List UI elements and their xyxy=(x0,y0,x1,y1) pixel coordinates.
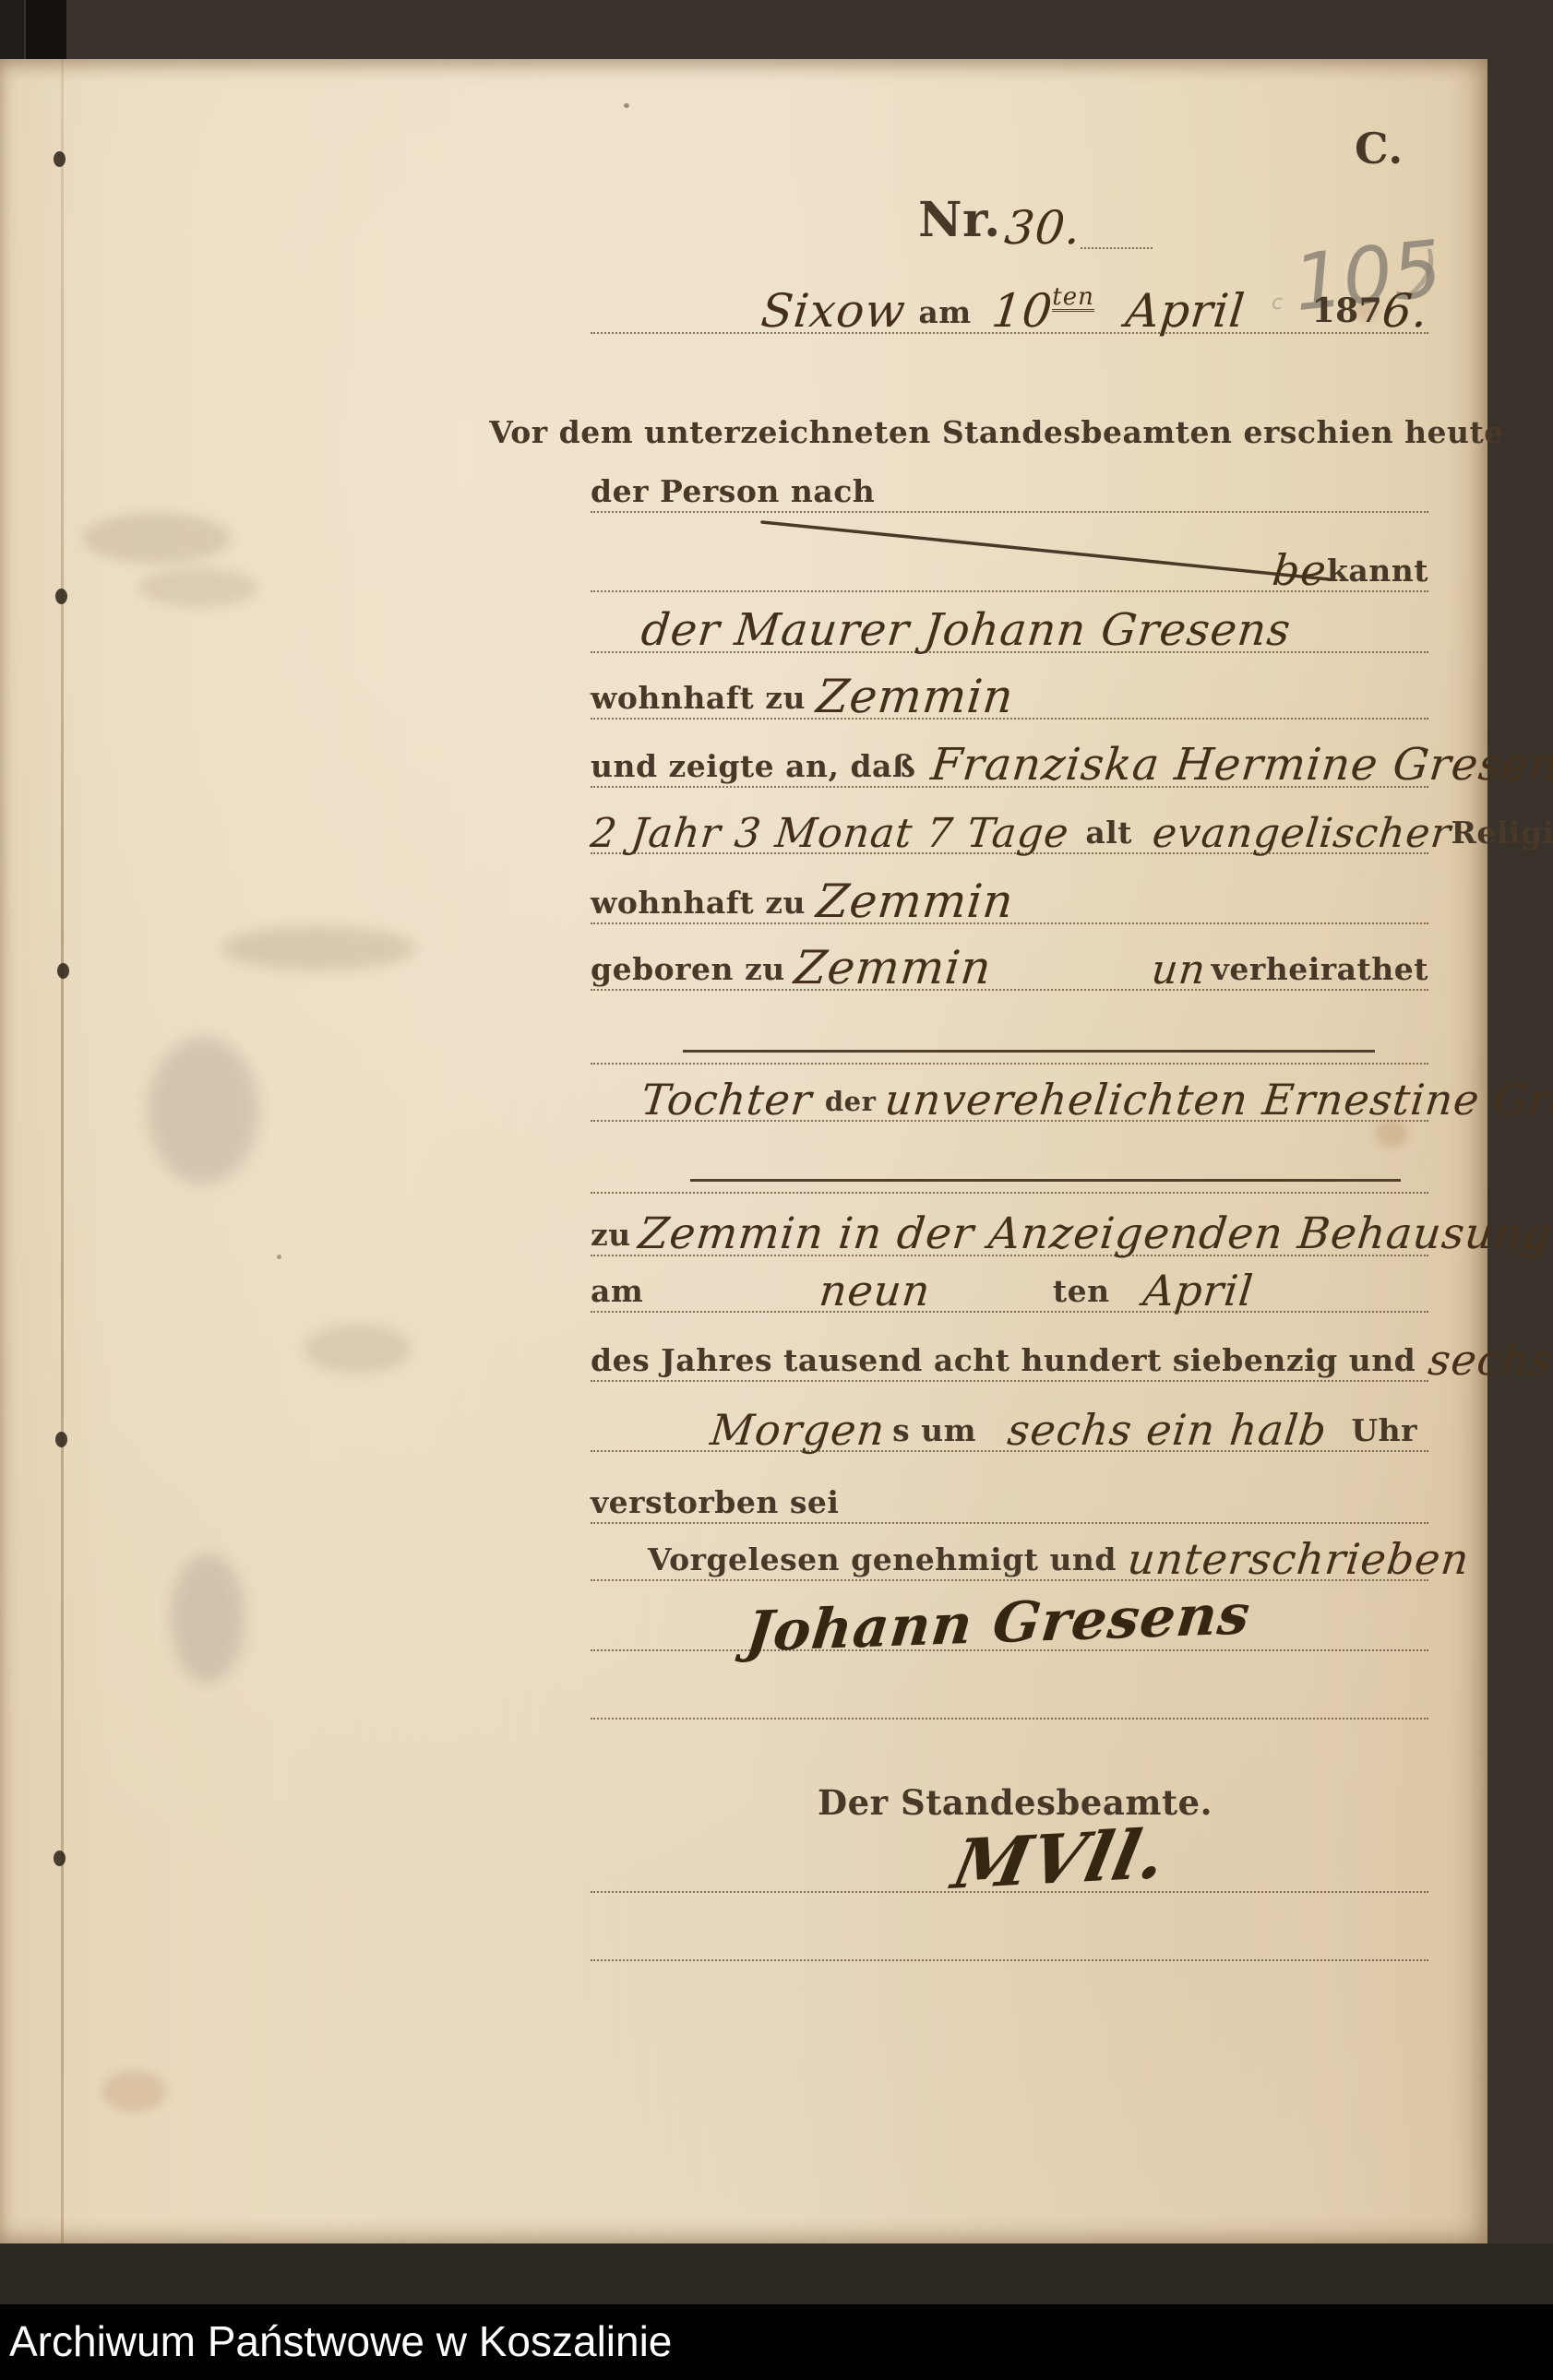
religion-written: evangelischer xyxy=(1151,816,1453,852)
intro-line: Vor dem unterzeichneten Standesbeamten e… xyxy=(646,399,1347,452)
residence-line-deceased: wohnhaft zu Zemmin xyxy=(591,867,1428,924)
declarant-line: der Maurer Johann Gresens xyxy=(591,596,1428,653)
separator-line xyxy=(683,1050,1375,1053)
scan-background: C. 105 ) c Nr. 30. Sixow am 10 ten April… xyxy=(0,0,1553,2380)
date-month: April xyxy=(1124,292,1248,333)
stain xyxy=(148,1037,258,1184)
tochter-written: Tochter xyxy=(639,1082,814,1120)
stain xyxy=(221,926,415,970)
stain xyxy=(138,568,258,607)
bekannt-line: be kannt xyxy=(591,535,1428,592)
date-year-printed: 187 xyxy=(1312,294,1383,332)
date-line: Sixow am 10 ten April 187 6. xyxy=(591,279,1428,334)
dotted-rule xyxy=(591,1190,1428,1194)
ten-label: ten xyxy=(1053,1276,1110,1311)
dotted-filler xyxy=(1081,192,1153,249)
wohnhaft-label: wohnhaft zu xyxy=(591,887,806,922)
binding-hole xyxy=(57,963,69,979)
year-words-written: sechs xyxy=(1427,1342,1553,1380)
vorgelesen-line: Vorgelesen genehmigt und unterschrieben xyxy=(591,1526,1428,1581)
wohnhaft-value: Zemmin xyxy=(815,677,1016,719)
geboren-value: Zemmin xyxy=(792,948,993,990)
scan-edge-notch xyxy=(26,0,66,66)
nr-value: 30. xyxy=(1002,208,1082,250)
declarant-signature: Johann Gresens xyxy=(744,1592,1252,1659)
binding-hole xyxy=(54,151,66,167)
death-month-written: April xyxy=(1141,1273,1254,1311)
deceased-name-written: Franziska Hermine Gresens xyxy=(928,746,1553,786)
declarant-signature-line: Johann Gresens xyxy=(591,1585,1428,1651)
bekannt-written: be xyxy=(1271,553,1329,590)
bekannt-label: kannt xyxy=(1327,555,1428,590)
vorgelesen-label: Vorgelesen genehmigt und xyxy=(648,1544,1117,1579)
paper-speck xyxy=(277,1255,281,1259)
birthplace-marital-line: geboren zu Zemmin un verheirathet xyxy=(591,934,1428,991)
marital-written: un xyxy=(1150,953,1208,989)
religion-label: Religion xyxy=(1451,817,1553,852)
binding-crease xyxy=(61,59,64,2243)
dotted-rule xyxy=(591,1716,1428,1720)
wohnhaft-label: wohnhaft zu xyxy=(591,683,806,718)
uhr-label: Uhr xyxy=(1351,1415,1417,1450)
stain xyxy=(171,1553,245,1683)
verstorben-label: verstorben sei xyxy=(591,1487,839,1522)
person-nach-label: der Person nach xyxy=(591,476,875,511)
mother-written: unverehelichten Ernestine Gresens xyxy=(883,1082,1553,1120)
binding-hole xyxy=(55,589,67,604)
binding-hole xyxy=(54,1850,66,1866)
residence-line-declarant: wohnhaft zu Zemmin xyxy=(591,662,1428,720)
archive-caption-bar: Archiwum Państwowe w Koszalinie xyxy=(0,2304,1553,2380)
declarant-written: der Maurer Johann Gresens xyxy=(639,612,1293,651)
date-day-suffix: ten xyxy=(1052,288,1094,312)
death-time-line: Morgen s um sechs ein halb Uhr xyxy=(591,1397,1428,1452)
binding-hole xyxy=(55,1432,67,1447)
scan-bottom-shadow xyxy=(0,2243,1553,2304)
stain xyxy=(83,513,231,564)
der-label: der xyxy=(825,1089,877,1120)
registrar-signature-line: MVll. xyxy=(591,1823,1428,1893)
date-day: 10 xyxy=(989,292,1054,333)
scan-edge-sliver xyxy=(0,0,24,61)
vorgelesen-written: unterschrieben xyxy=(1126,1541,1471,1579)
intro-text: Vor dem unterzeichneten Standesbeamten e… xyxy=(489,417,1504,452)
parentage-line: Tochter der unverehelichten Ernestine Gr… xyxy=(591,1066,1428,1122)
dotted-rule xyxy=(591,1958,1428,1961)
form-corner-mark: C. xyxy=(1355,127,1404,174)
geboren-label: geboren zu xyxy=(591,954,785,989)
date-am-label: am xyxy=(918,297,971,332)
wohnhaft-value: Zemmin xyxy=(815,882,1016,923)
age-written: 2 Jahr 3 Monat 7 Tage xyxy=(589,816,1070,852)
deceased-name-line: und zeigte an, daß Franziska Hermine Gre… xyxy=(591,731,1428,788)
date-place: Sixow xyxy=(759,292,908,333)
verstorben-line: verstorben sei xyxy=(591,1469,1428,1524)
marital-label: verheirathet xyxy=(1212,954,1428,989)
death-year-line: des Jahres tausend acht hundert siebenzi… xyxy=(591,1327,1428,1382)
alt-label: alt xyxy=(1085,817,1132,852)
am-label: am xyxy=(591,1276,643,1311)
nr-label: Nr. xyxy=(918,196,1001,249)
person-nach-line: der Person nach xyxy=(591,458,1428,513)
archive-caption-text: Archiwum Państwowe w Koszalinie xyxy=(0,2304,672,2378)
paper-speck xyxy=(624,103,629,108)
time-written-hour: sechs ein halb xyxy=(1006,1412,1329,1450)
age-religion-line: 2 Jahr 3 Monat 7 Tage alt evangelischer … xyxy=(591,797,1428,854)
registrar-signature: MVll. xyxy=(948,1826,1171,1897)
separator-line xyxy=(690,1179,1401,1182)
zu-label: zu xyxy=(591,1220,631,1255)
death-day-written: neun xyxy=(817,1273,931,1311)
zeigte-label: und zeigte an, daß xyxy=(591,751,916,786)
stain xyxy=(305,1325,411,1373)
date-year-written: 6. xyxy=(1380,292,1430,333)
document-page: C. 105 ) c Nr. 30. Sixow am 10 ten April… xyxy=(0,59,1487,2243)
death-place-written: Zemmin in der Anzeigenden Behausung xyxy=(637,1216,1553,1255)
time-written-morgen: Morgen xyxy=(709,1412,887,1450)
s-um-label: s um xyxy=(892,1415,976,1450)
death-place-line: zu Zemmin in der Anzeigenden Behausung xyxy=(591,1201,1428,1256)
stain xyxy=(102,2070,166,2112)
year-words-label: des Jahres tausend acht hundert siebenzi… xyxy=(591,1345,1416,1380)
death-day-line: am neun ten April xyxy=(591,1257,1428,1313)
dotted-rule xyxy=(591,1061,1428,1065)
record-number-line: Nr. 30. xyxy=(918,194,1158,249)
